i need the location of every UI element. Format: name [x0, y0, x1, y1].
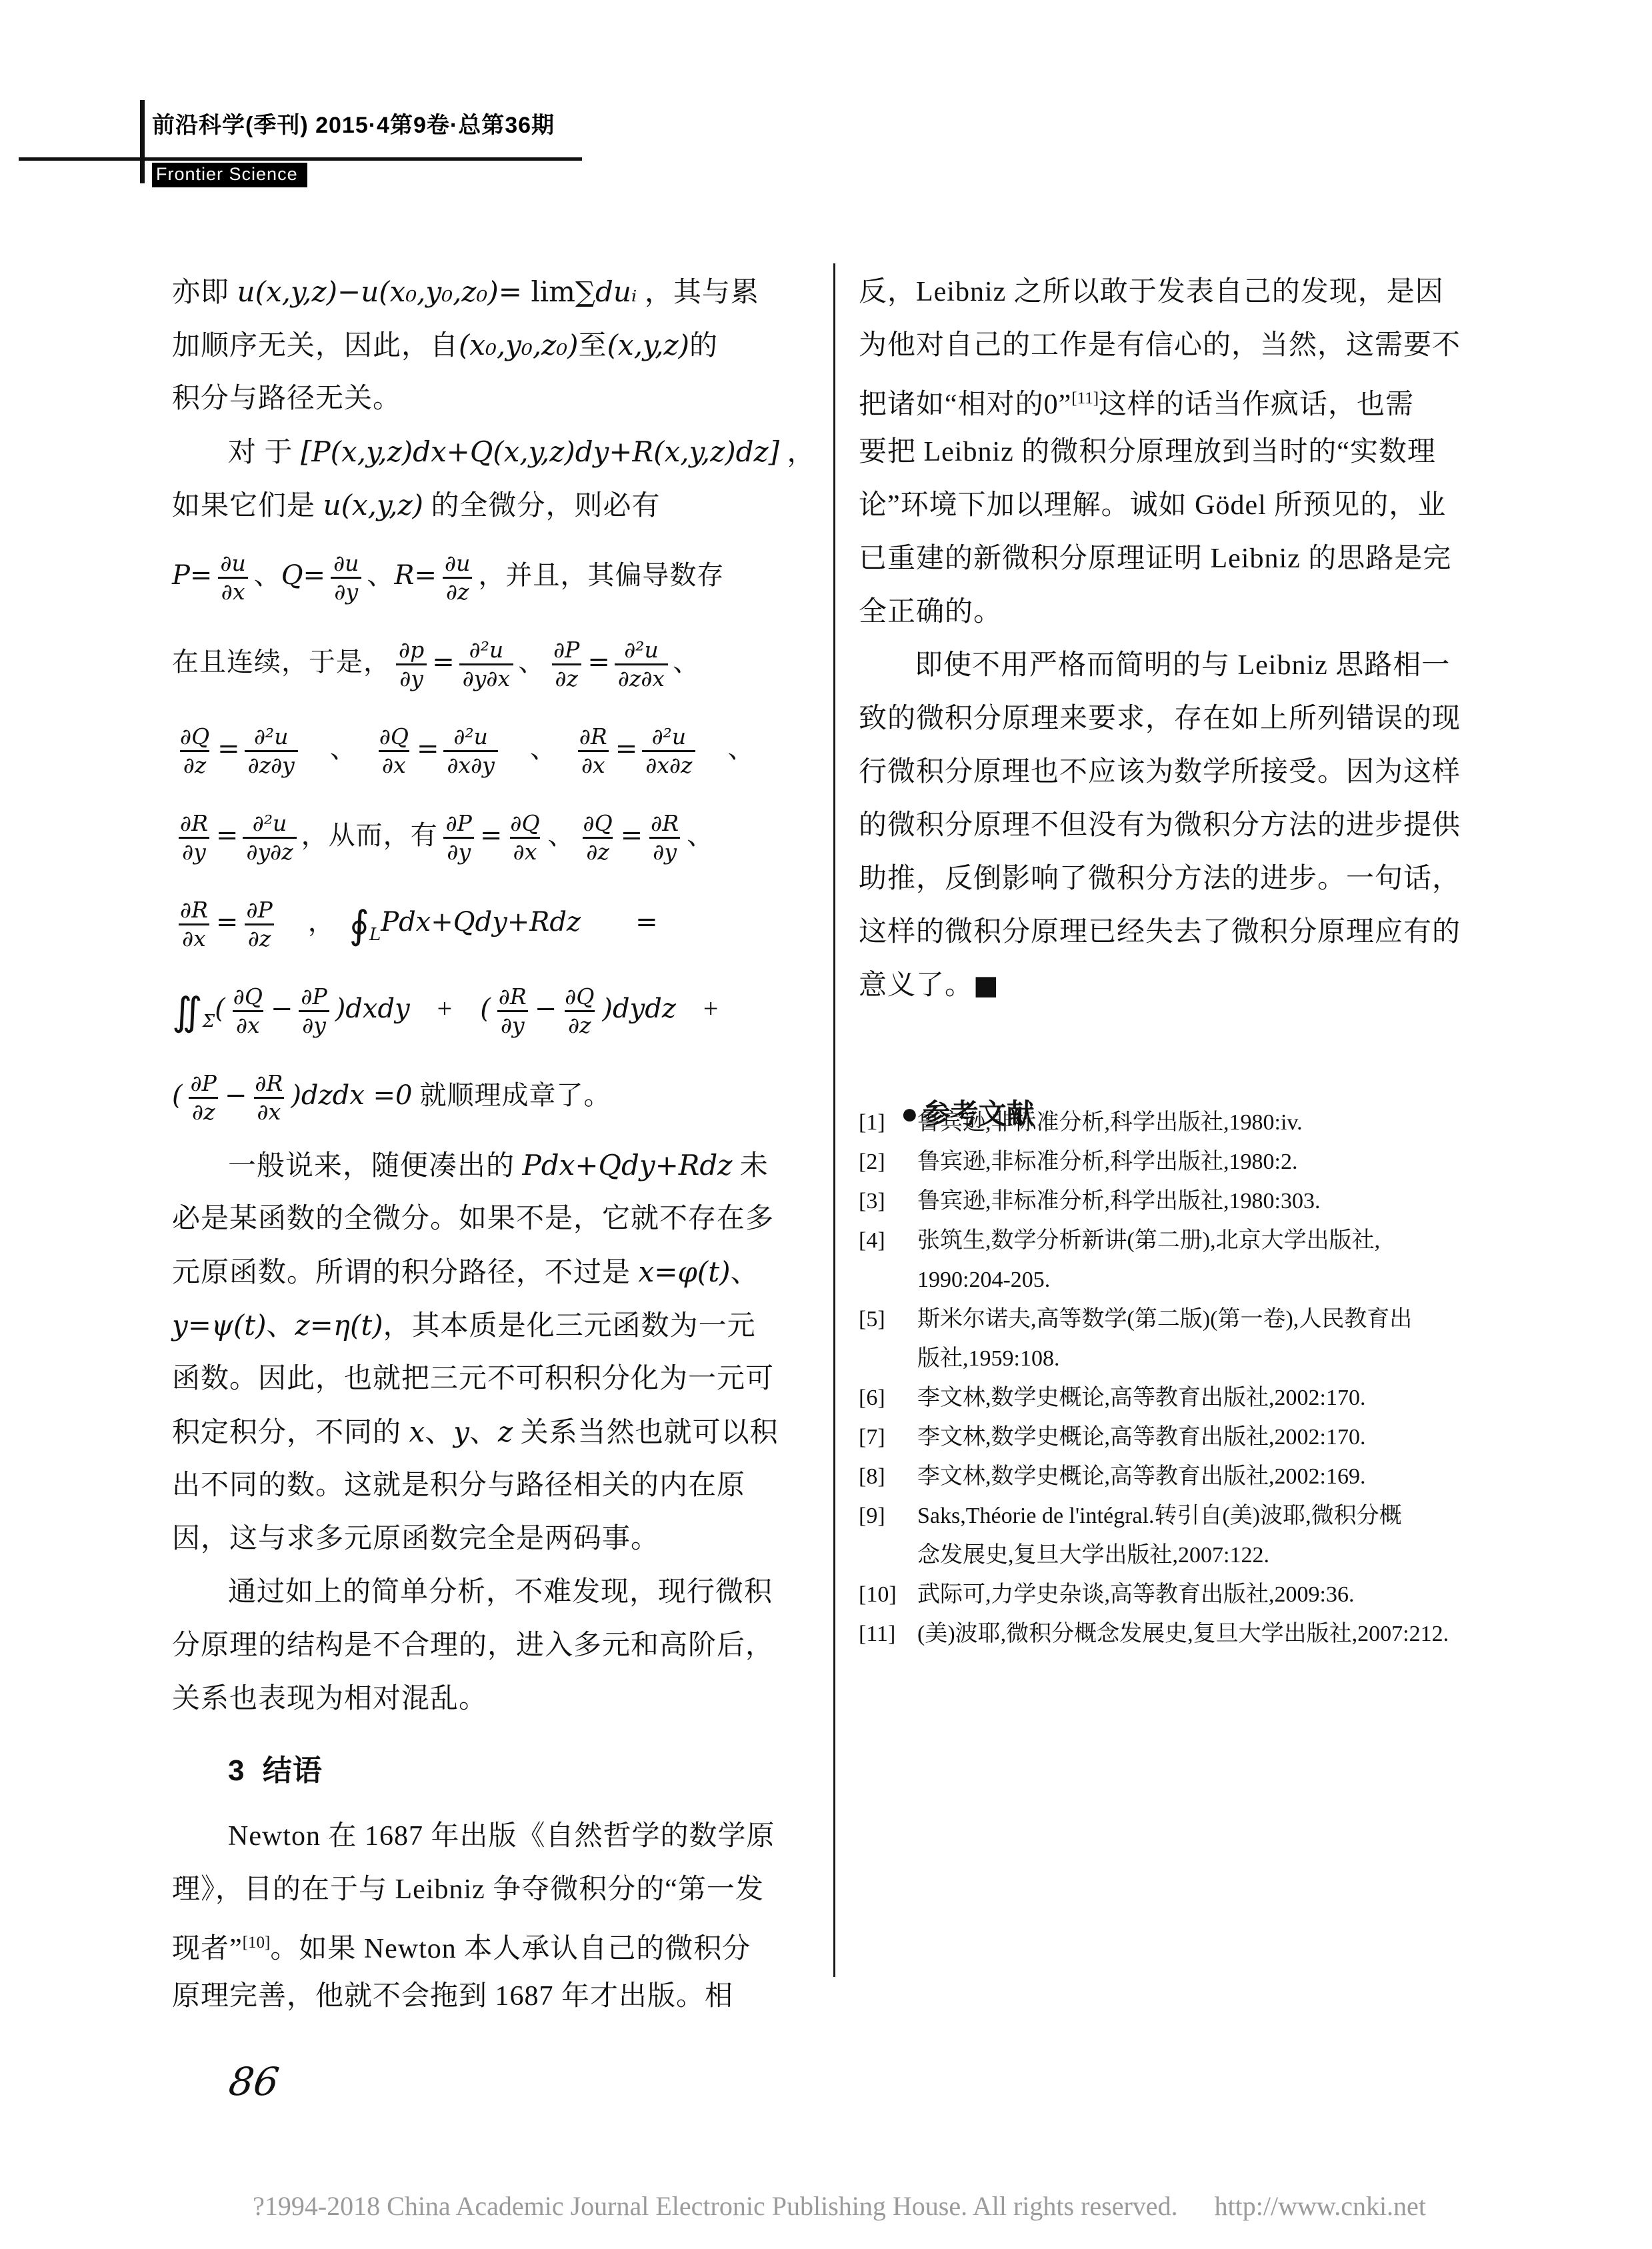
math-run: =: [216, 907, 239, 937]
fraction-numerator: ∂²u: [249, 810, 291, 837]
reference-line: [1]鲁宾逊,非标准分析,科学出版社,1980:iv.: [859, 1103, 1489, 1142]
text-run: 要把 Leibniz 的微积分原理放到当时的“实数理: [859, 437, 1436, 467]
text-line: 出不同的数。这就是积分与路径相关的内在原: [172, 1459, 799, 1512]
fraction-denominator: ∂x: [379, 750, 409, 779]
header-rule: [19, 157, 582, 161]
text-line: 这样的微积分原理已经失去了微积分原理应有的: [859, 905, 1489, 959]
reference-number: [10]: [859, 1575, 917, 1614]
reference-line: [10]武际可,力学史杂谈,高等教育出版社,2009:36.: [859, 1575, 1489, 1614]
text-line: 一般说来，随便凑出的 Pdx+Qdy+Rdz 未: [172, 1139, 799, 1192]
fraction: ∂Q∂x: [376, 723, 412, 779]
text-run: 、: [548, 820, 575, 850]
text-run: 一般说来，随便凑出的: [228, 1151, 523, 1182]
fraction-denominator: ∂z: [565, 1010, 594, 1039]
math-run: ∑duᵢ: [575, 275, 637, 308]
text-run: 关系也表现为相对混乱。: [172, 1684, 487, 1714]
math-run: Q=: [281, 560, 325, 591]
math-run: −: [225, 1080, 247, 1111]
text-run: 的: [689, 331, 718, 361]
fraction-numerator: ∂²u: [251, 723, 292, 750]
fraction-numerator: ∂u: [330, 550, 362, 577]
text-line: ∬Σ(∂Q∂x−∂P∂y)dxdy + (∂R∂y−∂Q∂z)dydz +: [172, 965, 799, 1052]
fraction: ∂R∂y: [177, 810, 211, 865]
math-run: y: [453, 1416, 469, 1448]
math-run: [P(x,y,z)dx+Q(x,y,z)dy+R(x,y,z)dz]: [301, 435, 779, 468]
text-run: 这样的话当作疯话，也需: [1099, 389, 1414, 420]
fraction: ∂Q∂x: [507, 810, 543, 865]
reference-number: [5]: [859, 1300, 917, 1339]
text-line: 积定积分，不同的 x、y、z 关系当然也就可以积: [172, 1406, 799, 1459]
text-line: 助推，反倒影响了微积分方法的进步。一句话，: [859, 852, 1489, 905]
reference-line: [3]鲁宾逊,非标准分析,科学出版社,1980:303.: [859, 1182, 1489, 1221]
text-line: 全正确的。: [859, 585, 1489, 639]
text-run: 为他对自己的工作是有信心的，当然，这需要不: [859, 330, 1461, 361]
fraction-numerator: ∂R: [251, 1070, 286, 1097]
math-run: Pdx+Qdy+Rdz: [381, 907, 581, 937]
journal-title-english: Frontier Science: [152, 163, 307, 187]
text-run: ，其与累: [637, 277, 759, 308]
fraction-denominator: ∂y: [649, 837, 680, 865]
math-run: =: [432, 647, 455, 677]
fraction-denominator: ∂x: [578, 750, 609, 779]
reference-number: [2]: [859, 1142, 917, 1182]
reference-item: [2]鲁宾逊,非标准分析,科学出版社,1980:2.: [859, 1142, 1489, 1182]
text-line: 亦即 u(x,y,z)−u(x₀,y₀,z₀)= lim∑duᵢ ，其与累: [172, 265, 799, 319]
math-run: (: [172, 1080, 183, 1111]
text-line: 把诸如“相对的0”[11]这样的话当作疯话，也需: [859, 372, 1489, 425]
text-line: 理》，目的在于与 Leibniz 争夺微积分的“第一发: [172, 1863, 799, 1916]
text-run: 即使不用严格而简明的与 Leibniz 思路相一: [915, 650, 1450, 681]
text-run: 关系当然也就可以积: [513, 1418, 779, 1448]
reference-item: [11](美)波耶,微积分概念发展史,复旦大学出版社,2007:212.: [859, 1614, 1489, 1654]
text-run: 函数。因此，也就把三元不可积积分化为一元可: [172, 1364, 774, 1394]
text-line: 致的微积分原理来要求，存在如上所列错误的现: [859, 692, 1489, 745]
reference-text: 李文林,数学史概论,高等教育出版社,2002:169.: [917, 1464, 1365, 1489]
fraction-numerator: ∂Q: [376, 723, 412, 750]
text-run: 、: [503, 733, 571, 763]
reference-line: [8]李文林,数学史概论,高等教育出版社,2002:169.: [859, 1457, 1489, 1496]
text-line: 的微积分原理不但没有为微积分方法的进步提供: [859, 799, 1489, 852]
text-run: 的微积分原理不但没有为微积分方法的进步提供: [859, 810, 1461, 841]
math-run: y=ψ(t): [172, 1309, 267, 1342]
cnki-url[interactable]: http://www.cnki.net: [1215, 2191, 1426, 2221]
text-line: 关系也表现为相对混乱。: [172, 1672, 799, 1726]
text-run: ，: [281, 907, 349, 937]
fraction-denominator: ∂x: [510, 837, 541, 865]
math-run: (: [215, 993, 225, 1024]
reference-number: [1]: [859, 1103, 917, 1142]
fraction: ∂u∂z: [441, 550, 473, 605]
fraction-numerator: ∂R: [177, 897, 211, 923]
fraction: ∂Q∂x: [230, 983, 266, 1039]
math-run: (: [480, 993, 491, 1024]
text-line: 通过如上的简单分析，不难发现，现行微积: [172, 1566, 799, 1619]
reference-text: 斯米尔诺夫,高等数学(第二版)(第一卷),人民教育出: [917, 1307, 1412, 1332]
copyright-footer: ?1994-2018 China Academic Journal Electr…: [0, 2159, 1652, 2249]
text-line: 函数。因此，也就把三元不可积积分化为一元可: [172, 1352, 799, 1406]
reference-number: [8]: [859, 1457, 917, 1496]
reference-line: [9]Saks,Théorie de l'intégral.转引自(美)波耶,微…: [859, 1496, 1489, 1536]
reference-line: 版社,1959:108.: [859, 1339, 1489, 1378]
end-of-article-mark: ■: [973, 970, 999, 1001]
fraction: ∂²u∂z∂x: [615, 637, 668, 692]
fraction-numerator: ∂P: [243, 897, 275, 923]
journal-title: 前沿科学(季刊) 2015·4第9卷·总第36期: [152, 107, 555, 139]
math-run: =: [587, 647, 610, 677]
text-run: 如果它们是: [172, 491, 323, 521]
fraction: ∂u∂y: [330, 550, 362, 605]
text-run: 、: [469, 1418, 498, 1448]
math-run: =: [217, 733, 240, 764]
text-line: 分原理的结构是不合理的，进入多元和高阶后，: [172, 1619, 799, 1672]
fraction: ∂Q∂z: [177, 723, 213, 779]
references-list: [1]鲁宾逊,非标准分析,科学出版社,1980:iv.[2]鲁宾逊,非标准分析,…: [859, 1103, 1489, 1654]
fraction-denominator: ∂z: [583, 837, 612, 865]
text-run: 、: [687, 820, 714, 850]
text-run: 积分与路径无关。: [172, 383, 401, 414]
right-column-text: 反，Leibniz 之所以敢于发表自己的发现，是因为他对自己的工作是有信心的，当…: [859, 265, 1489, 1012]
fraction-numerator: ∂²u: [450, 723, 491, 750]
fraction: ∂R∂x: [251, 1070, 286, 1126]
fraction: ∂P∂z: [550, 637, 583, 692]
text-run: Newton 在 1687 年出版《自然哲学的数学原: [228, 1821, 775, 1852]
math-run: =: [621, 820, 643, 851]
text-run: 已重建的新微积分原理证明 Leibniz 的思路是完: [859, 543, 1451, 574]
text-run: 、: [254, 560, 281, 590]
reference-item: [8]李文林,数学史概论,高等教育出版社,2002:169.: [859, 1457, 1489, 1496]
reference-line: [4]张筑生,数学分析新讲(第二册),北京大学出版社,: [859, 1221, 1489, 1260]
text-run: 、: [303, 733, 371, 763]
fraction: ∂R∂x: [177, 897, 211, 952]
fraction-denominator: ∂x∂y: [443, 750, 497, 779]
fraction-numerator: ∂P: [187, 1070, 220, 1097]
fraction-numerator: ∂P: [443, 810, 475, 837]
reference-number: [9]: [859, 1496, 917, 1536]
text-run: 理》，目的在于与 Leibniz 争夺微积分的“第一发: [172, 1874, 764, 1905]
text-line: 原理完善，他就不会拖到 1687 年才出版。相: [172, 1970, 799, 2023]
math-run: )dxdy: [335, 993, 410, 1024]
reference-number: [6]: [859, 1378, 917, 1418]
text-line: 行微积分原理也不应该为数学所接受。因为这样: [859, 745, 1489, 799]
references-heading: ●参考文献: [859, 1044, 1489, 1091]
fraction: ∂²u∂z∂y: [245, 723, 298, 779]
text-line: 意义了。■: [859, 959, 1489, 1012]
fraction-denominator: ∂z: [180, 750, 209, 779]
text-line: 对 于 [P(x,y,z)dx+Q(x,y,z)dy+R(x,y,z)dz] ，: [172, 425, 799, 479]
reference-text: Saks,Théorie de l'intégral.转引自(美)波耶,微积分概: [917, 1504, 1402, 1528]
text-run: 出不同的数。这就是积分与路径相关的内在原: [172, 1470, 745, 1501]
fraction-numerator: ∂R: [647, 810, 682, 837]
reference-item: [5]斯米尔诺夫,高等数学(第二版)(第一卷),人民教育出版社,1959:108…: [859, 1300, 1489, 1378]
reference-line: [5]斯米尔诺夫,高等数学(第二版)(第一卷),人民教育出: [859, 1300, 1489, 1339]
text-run: 亦即: [172, 277, 237, 308]
text-line: 在且连续，于是，∂p∂y=∂²u∂y∂x、∂P∂z=∂²u∂z∂x、: [172, 619, 799, 705]
text-line: 加顺序无关，因此，自(x₀,y₀,z₀)至(x,y,z)的: [172, 319, 799, 372]
text-line: P=∂u∂x、Q=∂u∂y、R=∂u∂z，并且，其偏导数存: [172, 532, 799, 619]
fraction: ∂²u∂y∂x: [459, 637, 513, 692]
header-vertical-bar: [140, 100, 145, 183]
text-run: 助推，反倒影响了微积分方法的进步。一句话，: [859, 863, 1461, 894]
left-column: 亦即 u(x,y,z)−u(x₀,y₀,z₀)= lim∑duᵢ ，其与累加顺序…: [172, 265, 799, 2023]
text-run: 至: [579, 331, 607, 361]
reference-number: [7]: [859, 1418, 917, 1457]
fraction-numerator: ∂R: [177, 810, 211, 837]
text-run: +: [676, 993, 719, 1023]
fraction-numerator: ∂Q: [580, 810, 616, 837]
reference-line: 念发展史,复旦大学出版社,2007:122.: [859, 1536, 1489, 1575]
fraction: ∂Q∂z: [561, 983, 597, 1039]
fraction-denominator: ∂x∂z: [642, 750, 695, 779]
text-line: 元原函数。所谓的积分路径，不过是 x=φ(t)、: [172, 1246, 799, 1299]
math-run: =: [635, 907, 658, 937]
text-run: 。如果 Newton 本人承认自己的微积分: [270, 1934, 751, 1964]
math-run: =: [216, 820, 239, 851]
math-run: =: [480, 820, 503, 851]
fraction-numerator: ∂u: [441, 550, 473, 577]
fraction: ∂P∂y: [443, 810, 475, 865]
fraction-numerator: ∂p: [395, 637, 427, 663]
fraction-denominator: ∂z: [189, 1097, 218, 1126]
math-run: (x₀,y₀,z₀): [459, 329, 579, 361]
text-run: 反，Leibniz 之所以敢于发表自己的发现，是因: [859, 277, 1444, 307]
math-run: x: [409, 1416, 425, 1448]
reference-line: [6]李文林,数学史概论,高等教育出版社,2002:170.: [859, 1378, 1489, 1418]
text-run: 意义了。: [859, 970, 973, 1001]
text-line: 反，Leibniz 之所以敢于发表自己的发现，是因: [859, 265, 1489, 319]
text-line: 如果它们是 u(x,y,z) 的全微分，则必有: [172, 479, 799, 532]
fraction-denominator: ∂y: [299, 1010, 329, 1039]
text-run: 必是某函数的全微分。如果不是，它就不存在多: [172, 1204, 774, 1234]
fraction: ∂Q∂z: [580, 810, 616, 865]
reference-number: [3]: [859, 1182, 917, 1221]
text-run: ，并且，其偏导数存: [478, 560, 724, 590]
reference-text: 1990:204-205.: [917, 1268, 1050, 1292]
text-run: 、: [700, 733, 755, 763]
journal-page: 前沿科学(季刊) 2015·4第9卷·总第36期 Frontier Scienc…: [0, 0, 1652, 2249]
reference-item: [7]李文林,数学史概论,高等教育出版社,2002:170.: [859, 1418, 1489, 1457]
citation-superscript: [11]: [1071, 389, 1099, 407]
text-line: Newton 在 1687 年出版《自然哲学的数学原: [172, 1810, 799, 1863]
column-divider: [833, 263, 835, 1977]
reference-text: 鲁宾逊,非标准分析,科学出版社,1980:2.: [917, 1150, 1297, 1174]
fraction: ∂P∂z: [187, 1070, 220, 1126]
math-run: x=φ(t): [639, 1256, 731, 1288]
text-line: 必是某函数的全微分。如果不是，它就不存在多: [172, 1192, 799, 1246]
text-run: 在且连续，于是，: [172, 647, 391, 677]
fraction-denominator: ∂x: [254, 1097, 285, 1126]
text-run: ，: [779, 437, 816, 468]
reference-number: [11]: [859, 1614, 917, 1654]
fraction: ∂²u∂y∂z: [243, 810, 296, 865]
fraction-numerator: ∂²u: [621, 637, 662, 663]
text-run: 分原理的结构是不合理的，进入多元和高阶后，: [172, 1630, 774, 1661]
copyright-text: ?1994-2018 China Academic Journal Electr…: [253, 2191, 1178, 2221]
math-run: =0: [365, 1080, 413, 1111]
text-run: +: [410, 993, 481, 1023]
text-line: ∂R∂x=∂P∂z ， ∮LPdx+Qdy+Rdz =: [172, 879, 799, 965]
fraction: ∂²u∂x∂y: [443, 723, 497, 779]
text-line: 要把 Leibniz 的微积分原理放到当时的“实数理: [859, 425, 1489, 479]
text-run: 、: [367, 560, 394, 590]
right-column: 反，Leibniz 之所以敢于发表自己的发现，是因为他对自己的工作是有信心的，当…: [859, 265, 1489, 1654]
math-roman-run: lim: [531, 275, 575, 308]
text-run: 元原函数。所谓的积分路径，不过是: [172, 1258, 639, 1288]
fraction-numerator: ∂u: [217, 550, 249, 577]
math-run: u(x,y,z): [323, 489, 424, 521]
fraction-denominator: ∂z∂y: [245, 750, 298, 779]
text-line: 现者”[10]。如果 Newton 本人承认自己的微积分: [172, 1916, 799, 1970]
text-run: 、: [673, 647, 700, 677]
fraction: ∂P∂y: [297, 983, 330, 1039]
fraction: ∂p∂y: [395, 637, 427, 692]
fraction-denominator: ∂y: [497, 1010, 528, 1039]
text-line: 为他对自己的工作是有信心的，当然，这需要不: [859, 319, 1489, 372]
math-run: =: [615, 733, 638, 764]
reference-item: [1]鲁宾逊,非标准分析,科学出版社,1980:iv.: [859, 1103, 1489, 1142]
fraction-numerator: ∂R: [576, 723, 611, 750]
text-line: (∂P∂z−∂R∂x)dzdx =0 就顺理成章了。: [172, 1052, 799, 1139]
fraction-numerator: ∂Q: [561, 983, 597, 1010]
math-run: )dydz: [602, 993, 676, 1024]
text-run: 未: [732, 1151, 769, 1182]
text-run: 全正确的。: [859, 597, 1002, 627]
reference-line: [11](美)波耶,微积分概念发展史,复旦大学出版社,2007:212.: [859, 1614, 1489, 1654]
text-run: 因，这与求多元原函数完全是两码事。: [172, 1524, 659, 1554]
reference-text: 武际可,力学史杂谈,高等教育出版社,2009:36.: [917, 1582, 1354, 1607]
integral-operator-icon: ∬: [172, 989, 203, 1034]
reference-line: [7]李文林,数学史概论,高等教育出版社,2002:170.: [859, 1418, 1489, 1457]
text-run: 、: [518, 647, 545, 677]
text-line: ∂Q∂z=∂²u∂z∂y 、 ∂Q∂x=∂²u∂x∂y 、 ∂R∂x=∂²u∂x…: [172, 705, 799, 792]
fraction-denominator: ∂y∂z: [243, 837, 296, 865]
fraction: ∂²u∂x∂z: [642, 723, 695, 779]
text-line: 因，这与求多元原函数完全是两码事。: [172, 1512, 799, 1566]
text-run: 致的微积分原理来要求，存在如上所列错误的现: [859, 703, 1461, 734]
text-run: ，其本质是化三元函数为一元: [383, 1311, 756, 1342]
fraction-numerator: ∂R: [495, 983, 530, 1010]
math-run: )dzdx: [291, 1080, 364, 1111]
text-run: 现者”: [172, 1934, 243, 1964]
reference-item: [9]Saks,Théorie de l'intégral.转引自(美)波耶,微…: [859, 1496, 1489, 1575]
fraction-denominator: ∂z: [443, 577, 472, 605]
fraction-denominator: ∂y: [396, 663, 427, 692]
reference-number: [4]: [859, 1221, 917, 1260]
fraction-denominator: ∂z: [552, 663, 581, 692]
math-run: P=: [172, 560, 212, 591]
text-run: 对 于: [228, 437, 301, 468]
math-run: (x,y,z): [607, 329, 689, 361]
fraction-denominator: ∂z: [245, 923, 274, 952]
fraction-denominator: ∂z∂x: [615, 663, 668, 692]
text-run: 的全微分，则必有: [423, 491, 661, 521]
math-run: −: [535, 993, 557, 1024]
fraction-numerator: ∂Q: [177, 723, 213, 750]
text-line: 积分与路径无关。: [172, 372, 799, 425]
text-line: 论”环境下加以理解。诚如 Gödel 所预见的，业: [859, 479, 1489, 532]
section-heading: 3 结语: [172, 1751, 799, 1791]
reference-item: [10]武际可,力学史杂谈,高等教育出版社,2009:36.: [859, 1575, 1489, 1614]
reference-text: 鲁宾逊,非标准分析,科学出版社,1980:303.: [917, 1189, 1320, 1214]
fraction-numerator: ∂²u: [649, 723, 690, 750]
fraction-numerator: ∂²u: [466, 637, 507, 663]
math-run: =: [417, 733, 439, 764]
text-line: ∂R∂y=∂²u∂y∂z，从而，有∂P∂y=∂Q∂x、∂Q∂z=∂R∂y、: [172, 792, 799, 879]
text-run: 论”环境下加以理解。诚如 Gödel 所预见的，业: [859, 490, 1446, 521]
text-run: 通过如上的简单分析，不难发现，现行微积: [228, 1577, 773, 1608]
text-run: 行微积分原理也不应该为数学所接受。因为这样: [859, 757, 1461, 787]
text-run: 把诸如“相对的0”: [859, 389, 1071, 420]
fraction-denominator: ∂y: [331, 577, 361, 605]
reference-text: 鲁宾逊,非标准分析,科学出版社,1980:iv.: [917, 1110, 1303, 1135]
reference-text: 李文林,数学史概论,高等教育出版社,2002:170.: [917, 1425, 1365, 1450]
fraction-numerator: ∂Q: [230, 983, 266, 1010]
text-run: 这样的微积分原理已经失去了微积分原理应有的: [859, 917, 1461, 947]
fraction: ∂u∂x: [217, 550, 249, 605]
fraction: ∂P∂z: [243, 897, 275, 952]
reference-line: [2]鲁宾逊,非标准分析,科学出版社,1980:2.: [859, 1142, 1489, 1182]
math-run: z=η(t): [295, 1309, 383, 1342]
fraction-denominator: ∂x: [179, 923, 209, 952]
math-run: R=: [394, 560, 437, 591]
fraction-numerator: ∂P: [297, 983, 330, 1010]
text-run: 、: [425, 1418, 453, 1448]
fraction-denominator: ∂y: [443, 837, 474, 865]
text-run: ，从而，有: [301, 820, 438, 850]
text-run: 积定积分，不同的: [172, 1418, 409, 1448]
text-run: 原理完善，他就不会拖到 1687 年才出版。相: [172, 1981, 733, 2012]
citation-superscript: [10]: [243, 1934, 271, 1952]
fraction-denominator: ∂y∂x: [459, 663, 513, 692]
reference-item: [4]张筑生,数学分析新讲(第二册),北京大学出版社,1990:204-205.: [859, 1221, 1489, 1300]
text-run: [581, 907, 635, 937]
reference-line: 1990:204-205.: [859, 1260, 1489, 1300]
fraction: ∂R∂y: [495, 983, 530, 1039]
fraction-denominator: ∂x: [233, 1010, 263, 1039]
fraction: ∂R∂y: [647, 810, 682, 865]
math-run: u(x,y,z)−u(x₀,y₀,z₀)=: [237, 275, 531, 308]
fraction-numerator: ∂Q: [507, 810, 543, 837]
text-line: 即使不用严格而简明的与 Leibniz 思路相一: [859, 639, 1489, 692]
text-run: 就顺理成章了。: [412, 1080, 611, 1110]
reference-item: [3]鲁宾逊,非标准分析,科学出版社,1980:303.: [859, 1182, 1489, 1221]
reference-item: [6]李文林,数学史概论,高等教育出版社,2002:170.: [859, 1378, 1489, 1418]
reference-text: (美)波耶,微积分概念发展史,复旦大学出版社,2007:212.: [917, 1622, 1449, 1646]
math-run: z: [498, 1416, 513, 1448]
fraction-numerator: ∂P: [550, 637, 583, 663]
fraction: ∂R∂x: [576, 723, 611, 779]
text-run: 3 结语: [228, 1754, 323, 1787]
fraction-denominator: ∂y: [179, 837, 209, 865]
math-subscript: Σ: [203, 1011, 215, 1031]
text-run: 、: [730, 1258, 759, 1288]
text-line: 已重建的新微积分原理证明 Leibniz 的思路是完: [859, 532, 1489, 585]
reference-text: 李文林,数学史概论,高等教育出版社,2002:170.: [917, 1386, 1365, 1410]
integral-operator-icon: ∮: [349, 902, 369, 947]
fraction-denominator: ∂x: [218, 577, 249, 605]
text-line: y=ψ(t)、z=η(t)，其本质是化三元函数为一元: [172, 1299, 799, 1352]
reference-text: 版社,1959:108.: [917, 1346, 1059, 1371]
reference-text: 念发展史,复旦大学出版社,2007:122.: [917, 1543, 1269, 1568]
math-run: Pdx+Qdy+Rdz: [523, 1149, 733, 1182]
math-run: −: [271, 993, 293, 1024]
math-subscript: L: [369, 925, 381, 945]
text-run: 、: [267, 1311, 295, 1342]
reference-text: 张筑生,数学分析新讲(第二册),北京大学出版社,: [917, 1228, 1380, 1253]
text-run: 加顺序无关，因此，自: [172, 331, 459, 361]
page-number: 86: [226, 2059, 281, 2104]
